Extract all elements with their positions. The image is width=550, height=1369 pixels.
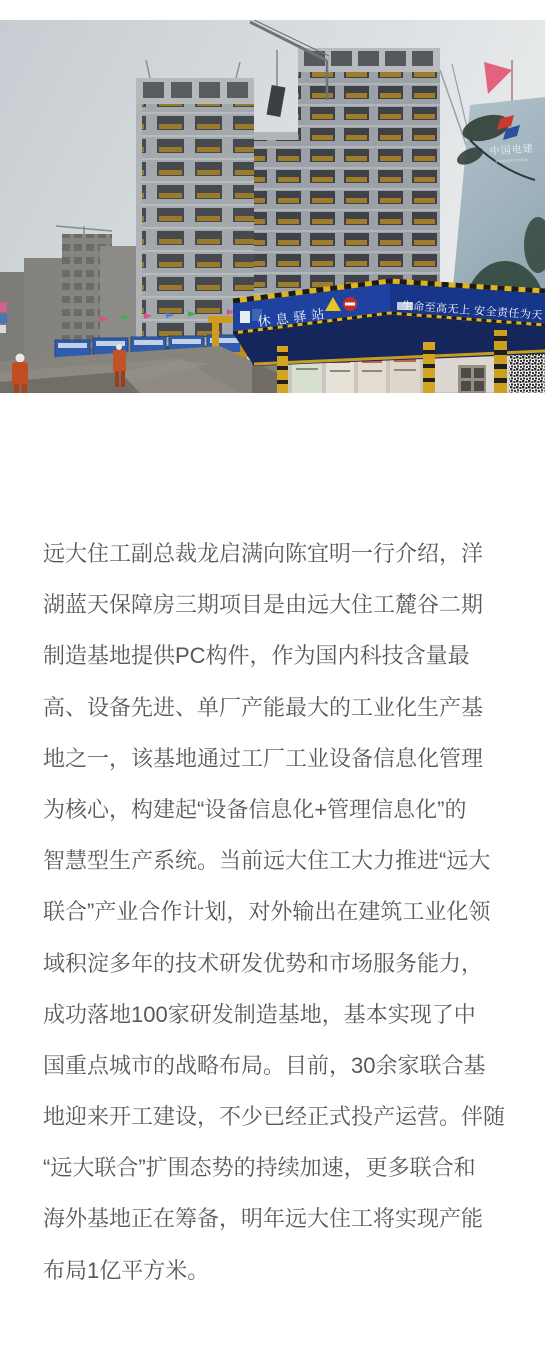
paragraph-line: 为核心，构建起“设备信息化+管理信息化”的 [43, 784, 507, 835]
paragraph-line: 制造基地提供PC构件，作为国内科技含量最 [43, 630, 507, 681]
paragraph-line: 远大住工副总裁龙启满向陈宜明一行介绍，洋 [43, 528, 507, 579]
paragraph-line: 成功落地100家研发制造基地，基本实现了中 [43, 989, 507, 1040]
paragraph-line: 地迎来开工建设，不少已经正式投产运营。伴随 [43, 1091, 507, 1142]
paragraph-line: 地之一，该基地通过工厂工业设备信息化管理 [43, 733, 507, 784]
paragraph-line: “远大联合”扩围态势的持续加速，更多联合和 [43, 1142, 507, 1193]
article-photo: 中国电建 POWERCHINA [0, 20, 545, 393]
paragraph-line: 湖蓝天保障房三期项目是由远大住工麓谷二期 [43, 579, 507, 630]
construction-site-illustration: 中国电建 POWERCHINA [0, 20, 545, 393]
qr-code [509, 351, 545, 393]
article-body-text: 远大住工副总裁龙启满向陈宜明一行介绍，洋 湖蓝天保障房三期项目是由远大住工麓谷二… [43, 528, 507, 1296]
booth-window [458, 365, 486, 393]
paragraph-line: 海外基地正在筹备，明年远大住工将实现产能 [43, 1193, 507, 1244]
paragraph-line: 域积淀多年的技术研发优势和市场服务能力， [43, 938, 507, 989]
paragraph-line: 高、设备先进、单厂产能最大的工业化生产基 [43, 682, 507, 733]
article-page: 中国电建 POWERCHINA [0, 0, 550, 1369]
paragraph-line: 联合”产业合作计划，对外输出在建筑工业化领 [43, 886, 507, 937]
paragraph-line: 国重点城市的战略布局。目前，30余家联合基 [43, 1040, 507, 1091]
paragraph-line: 智慧型生产系统。当前远大住工大力推进“远大 [43, 835, 507, 886]
helmet-icon [16, 354, 25, 363]
helmet-icon [116, 344, 122, 350]
paragraph-line: 布局1亿平方米。 [43, 1245, 507, 1296]
canopy-logo-icon [240, 311, 250, 323]
